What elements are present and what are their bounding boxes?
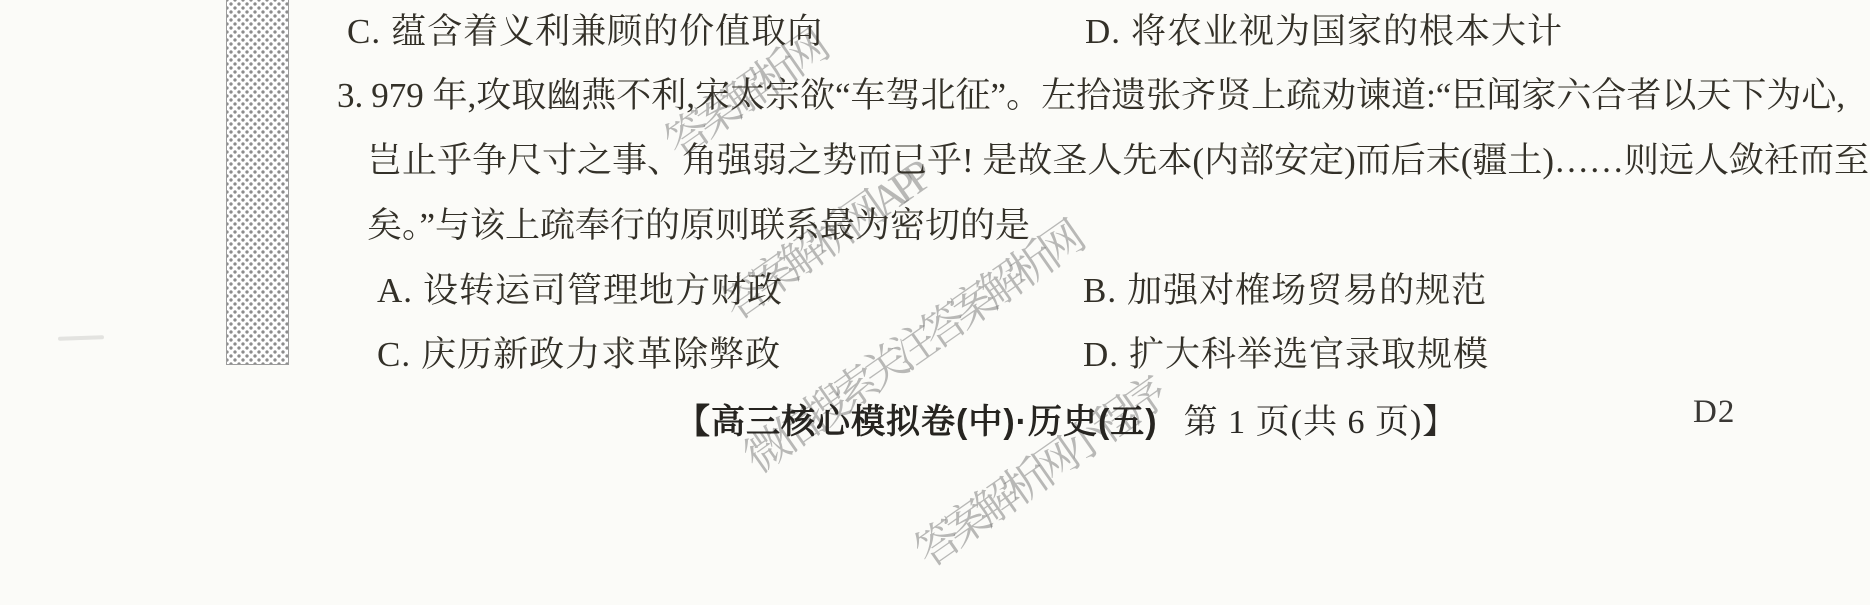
question-3-line-1-text: 979 年,攻取幽燕不利,宋太宗欲“车驾北征”。左拾遗张齐贤上疏劝谏道:“臣闻家…: [371, 76, 1845, 115]
scan-artifact: [58, 335, 104, 341]
prev-option-c-label: C.: [347, 12, 381, 51]
question-3-line-2: 岂止乎争尺寸之事、角强弱之势而已乎! 是故圣人先本(内部安定)而后末(疆土)………: [367, 143, 1869, 178]
option-b: B.加强对榷场贸易的规范: [1083, 273, 1487, 308]
page-footer: 【高三核心模拟卷(中)·历史(五)第 1 页(共 6 页)】: [676, 394, 1457, 443]
option-c: C.庆历新政力求革除弊政: [377, 337, 781, 372]
prev-option-d: D.将农业视为国家的根本大计: [1085, 14, 1563, 49]
footer-page-indicator: 第 1 页(共 6 页)】: [1184, 404, 1458, 441]
question-3-line-1: 3.979 年,攻取幽燕不利,宋太宗欲“车驾北征”。左拾遗张齐贤上疏劝谏道:“臣…: [337, 78, 1845, 113]
prev-option-c-text: 蕴含着义利兼顾的价值取向: [391, 12, 823, 51]
option-a: A.设转运司管理地方财政: [377, 273, 783, 308]
option-d-text: 扩大科举选官录取规模: [1129, 335, 1489, 374]
binding-margin-strip: [226, 0, 289, 365]
footer-exam-title: 【高三核心模拟卷(中)·历史(五): [676, 403, 1158, 441]
scanned-exam-page: { "page": { "background": "#fbfbf8", "in…: [0, 0, 1870, 605]
prev-option-c: C.蕴含着义利兼顾的价值取向: [347, 14, 823, 49]
option-c-text: 庆历新政力求革除弊政: [421, 335, 781, 374]
prev-option-d-text: 将农业视为国家的根本大计: [1131, 12, 1563, 51]
prev-option-d-label: D.: [1085, 12, 1121, 51]
option-b-text: 加强对榷场贸易的规范: [1127, 271, 1487, 310]
option-a-text: 设转运司管理地方财政: [423, 271, 783, 310]
question-3-line-3: 矣。”与该上疏奉行的原则联系最为密切的是: [367, 208, 1030, 243]
document-code: D2: [1693, 394, 1735, 431]
option-d-label: D.: [1083, 335, 1119, 374]
question-3-number: 3.: [337, 76, 363, 115]
option-d: D.扩大科举选官录取规模: [1083, 337, 1489, 372]
option-b-label: B.: [1083, 271, 1117, 310]
option-a-label: A.: [377, 271, 413, 310]
option-c-label: C.: [377, 335, 411, 374]
